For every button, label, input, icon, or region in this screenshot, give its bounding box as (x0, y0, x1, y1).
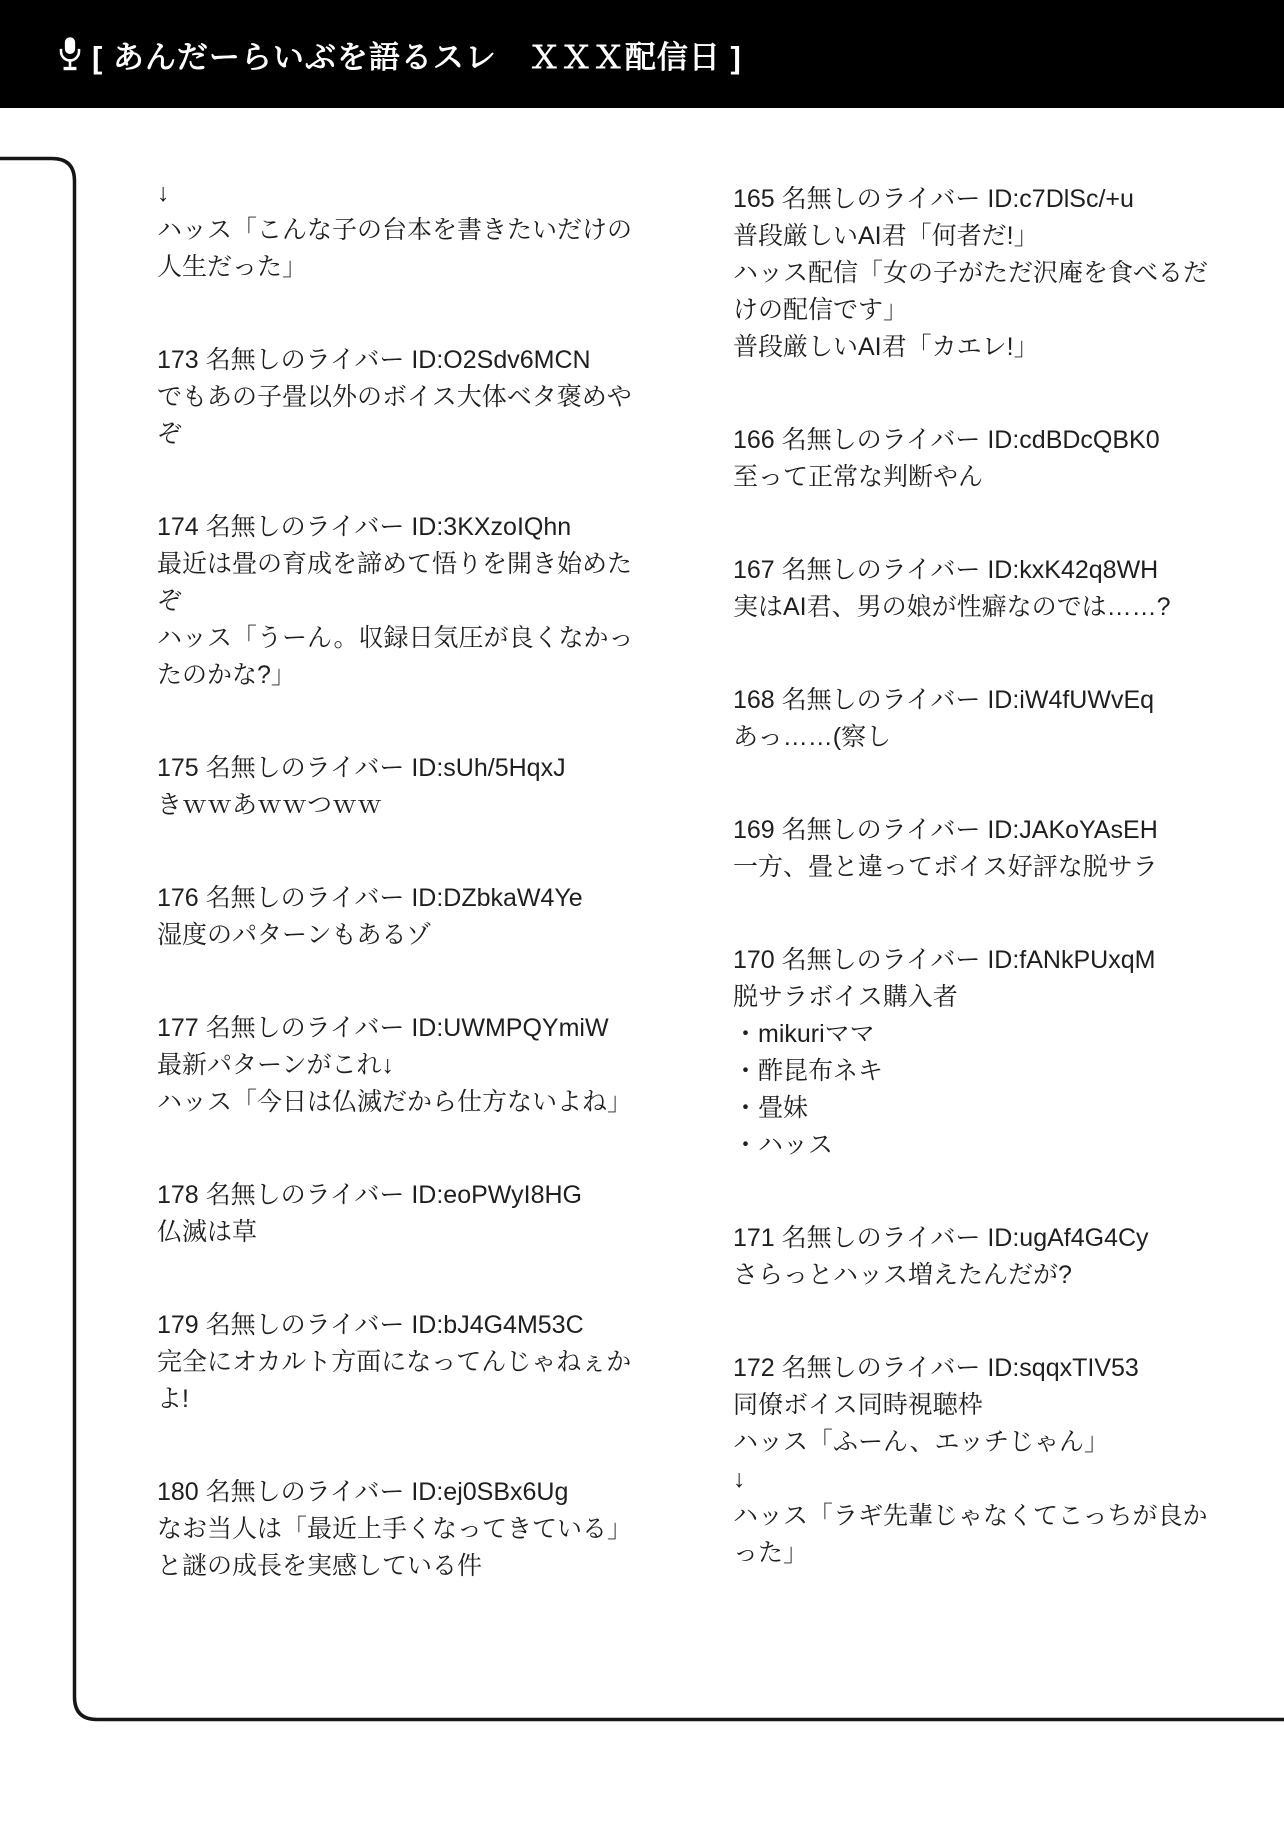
thread-column-left: ↓ ハッス「こんな子の台本を書きたいだけの 人生だった」 173 名無しのライバ… (157, 175, 657, 1641)
thread-post: 167 名無しのライバー ID:kxK42q8WH 実はAI君、男の娘が性癖なの… (733, 552, 1223, 626)
thread-post: 173 名無しのライバー ID:O2Sdv6MCN でもあの子畳以外のボイス大体… (157, 342, 657, 453)
thread-post: 177 名無しのライバー ID:UWMPQYmiW 最新パターンがこれ↓ ハッス… (157, 1010, 657, 1121)
microphone-icon (57, 36, 83, 72)
thread-post: 174 名無しのライバー ID:3KXzoIQhn 最近は畳の育成を諦めて悟りを… (157, 509, 657, 694)
manga-thread-page: { "header": { "title": "[ あんだーらいぶを語るスレ Ｘ… (0, 0, 1284, 1826)
thread-column-right: 165 名無しのライバー ID:c7DlSc/+u 普段厳しいAI君「何者だ!」… (733, 181, 1223, 1628)
thread-post: 172 名無しのライバー ID:sqqxTIV53 同僚ボイス同時視聴枠 ハッス… (733, 1350, 1223, 1572)
thread-post: 176 名無しのライバー ID:DZbkaW4Ye 湿度のパターンもあるゾ (157, 880, 657, 954)
thread-post: 180 名無しのライバー ID:ej0SBx6Ug なお当人は「最近上手くなって… (157, 1474, 657, 1585)
thread-post: 170 名無しのライバー ID:fANkPUxqM 脱サラボイス購入者 ・mik… (733, 942, 1223, 1164)
thread-post: 166 名無しのライバー ID:cdBDcQBK0 至って正常な判断やん (733, 422, 1223, 496)
thread-title: [ あんだーらいぶを語るスレ ＸＸＸ配信日 ] (92, 32, 742, 77)
thread-post: 175 名無しのライバー ID:sUh/5HqxJ きｗｗあｗｗつｗｗ (157, 750, 657, 824)
thread-post: 179 名無しのライバー ID:bJ4G4M53C 完全にオカルト方面になってん… (157, 1307, 657, 1418)
thread-post: 168 名無しのライバー ID:iW4fUWvEq あっ……(察し (733, 682, 1223, 756)
thread-post: 169 名無しのライバー ID:JAKoYAsEH 一方、畳と違ってボイス好評な… (733, 812, 1223, 886)
thread-post: 178 名無しのライバー ID:eoPWyI8HG 仏滅は草 (157, 1177, 657, 1251)
thread-post: 165 名無しのライバー ID:c7DlSc/+u 普段厳しいAI君「何者だ!」… (733, 181, 1223, 366)
thread-post: ↓ ハッス「こんな子の台本を書きたいだけの 人生だった」 (157, 175, 657, 286)
thread-post: 171 名無しのライバー ID:ugAf4G4Cy さらっとハッス増えたんだが? (733, 1220, 1223, 1294)
thread-title-bar: [ あんだーらいぶを語るスレ ＸＸＸ配信日 ] (0, 0, 1284, 108)
